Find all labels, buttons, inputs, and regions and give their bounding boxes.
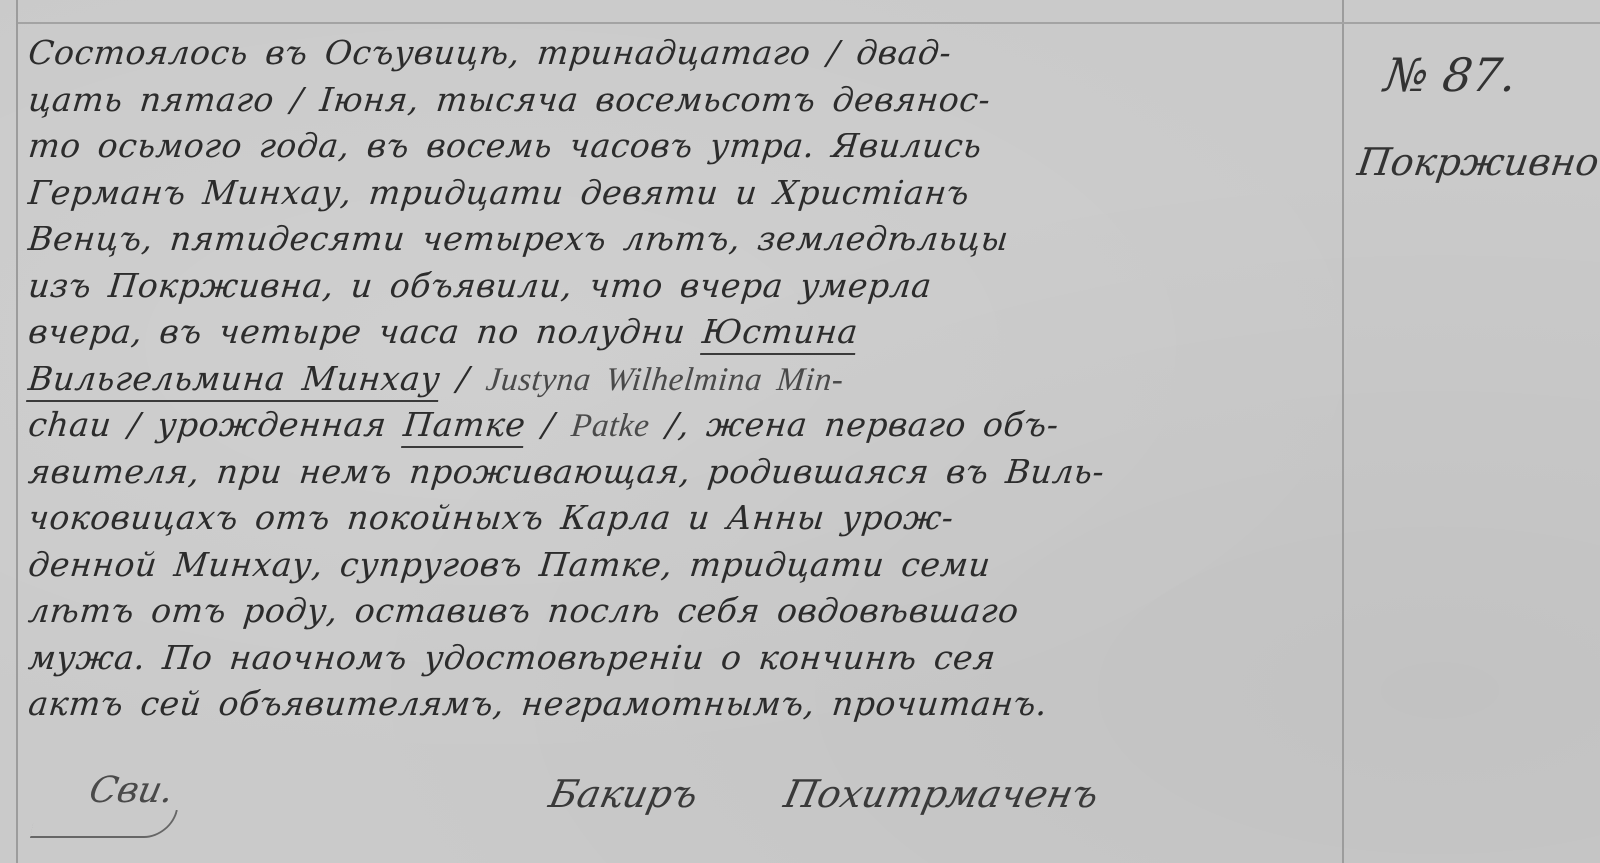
line-9-prefix: chau / урожденная xyxy=(26,405,405,444)
text-line-6: изъ Покрживна, и объявили, что вчера уме… xyxy=(26,263,1351,310)
document-page: № 87. Покрживно. Состоялось въ Осъувицѣ,… xyxy=(0,0,1600,863)
deceased-name-latin: Justyna Wilhelmina Min- xyxy=(484,362,845,398)
declarant-signature: Сви. xyxy=(86,770,178,811)
text-line-14: мужа. По наочномъ удостовѣреніи о кончин… xyxy=(26,635,1351,682)
text-line-12: денной Минхау, супруговъ Патке, тридцати… xyxy=(26,542,1351,589)
slash-separator: / xyxy=(438,359,488,398)
text-line-15: актъ сей объявителямъ, неграмотнымъ, про… xyxy=(26,681,1351,728)
text-line-2: цать пятаго / Іюня, тысяча восемьсотъ де… xyxy=(26,77,1351,124)
text-line-11: чоковицахъ отъ покойныхъ Карла и Анны ур… xyxy=(26,495,1351,542)
official-title-signature: Бакиръ xyxy=(545,772,702,816)
text-line-4: Германъ Минхау, тридцати девяти и Христі… xyxy=(26,170,1351,217)
text-line-1: Состоялось въ Осъувицѣ, тринадцатаго / д… xyxy=(26,30,1351,77)
text-line-10: явителя, при немъ проживающая, родившаяс… xyxy=(26,449,1351,496)
record-body: Состоялось въ Осъувицѣ, тринадцатаго / д… xyxy=(26,30,1346,728)
text-line-5: Венцъ, пятидесяти четырехъ лѣтъ, земледѣ… xyxy=(26,216,1351,263)
deceased-name-continued: Вильгельмина Минхау xyxy=(26,359,442,402)
slash-separator: / xyxy=(524,405,574,444)
line-9-rest: /, жена перваго объ- xyxy=(648,405,1061,444)
text-line-3: то осьмого года, въ восемь часовъ утра. … xyxy=(26,123,1351,170)
deceased-first-name: Юстина xyxy=(700,312,860,355)
maiden-name-latin: Patke xyxy=(570,408,652,444)
margin-place-name: Покрживно. xyxy=(1355,140,1591,184)
text-line-7: вчера, въ четыре часа по полудни Юстина xyxy=(26,309,1351,356)
left-margin-rule xyxy=(16,0,18,863)
maiden-name: Патке xyxy=(401,405,528,448)
top-rule xyxy=(18,22,1600,24)
official-name-signature: Похитрмаченъ xyxy=(780,772,1102,816)
record-number: № 87. xyxy=(1381,48,1600,102)
line-7-prefix: вчера, въ четыре часа по полудни xyxy=(26,312,704,351)
text-line-8: Вильгельмина Минхау / Justyna Wilhelmina… xyxy=(26,356,1351,403)
text-line-13: лѣтъ отъ роду, оставивъ послѣ себя овдов… xyxy=(26,588,1351,635)
text-line-9: chau / урожденная Патке / Patke /, жена … xyxy=(26,402,1351,449)
